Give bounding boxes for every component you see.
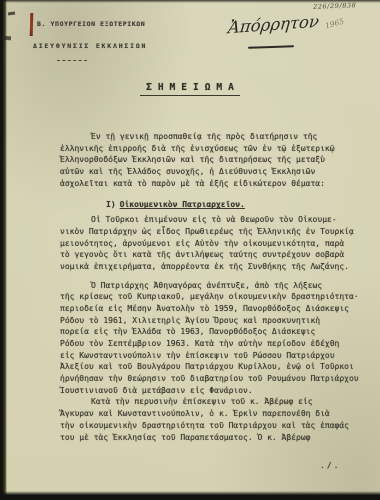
handwritten-secrecy-label: Ἀπόρρητον <box>227 12 320 38</box>
body-line: αὐτῶν καὶ τῆς Ἑλλάδος συνοχῆς, ἡ Διεύθυν… <box>60 166 372 178</box>
memo-title: ΣΗΜΕΙΩΜΑ <box>140 82 240 96</box>
body-line: Οἱ Τοῦρκοι ἐπιμένουν εἰς τὸ νὰ θεωροῦν τ… <box>60 214 372 226</box>
ministry-letterhead: Β. ΥΠΟΥΡΓΕΙΟΝ ΕΞΩΤΕΡΙΚΩΝ <box>37 20 145 28</box>
section-numeral: Ι) <box>106 200 116 209</box>
body-line: νικὸν Πατριάρχην ὡς εἶδος Πρωθιερέως τῆς… <box>60 226 372 238</box>
ink-speck <box>2 36 11 41</box>
paragraph: Οἱ Τοῦρκοι ἐπιμένουν εἰς τὸ νὰ θεωροῦν τ… <box>60 214 372 272</box>
body-line: τὸ γεγονὸς ὅτι κατὰ τῆς ἀντιλήψεως ταύτη… <box>60 249 372 261</box>
memo-body: Ἐν τῇ γενικῇ προσπαθείᾳ τῆς πρὸς διατήρη… <box>60 131 372 443</box>
body-line: πορεία εἰς τὴν Ἑλλάδα τὸ 1963, Πανορθόδο… <box>60 326 372 338</box>
body-line: Ἄγκυραν καὶ Κωνσταντινούπολιν, ὁ κ. Ἐρκὶ… <box>60 408 372 420</box>
paragraph: Ὁ Πατριάρχης Ἀθηναγόρας ἀνέπτυξε, ἀπὸ τῆ… <box>60 280 372 397</box>
body-line: μειονότητος, ἀρνούμενοι εἰς Αὐτὸν τὴν οἰ… <box>60 238 372 250</box>
secrecy-underline <box>248 45 294 49</box>
ink-speck <box>8 12 15 16</box>
red-pen-mark <box>30 13 33 36</box>
body-line: του μὲ τὰς Ἐκκλησίας τοῦ Παραπετάσματος.… <box>60 432 372 444</box>
handwritten-year: 1965 <box>324 17 345 31</box>
body-line: Κατὰ τὴν περυσινὴν ἐπίσκεψιν τοῦ κ. Ἀβέρ… <box>60 396 372 408</box>
letterhead-divider <box>57 60 87 61</box>
scan-edge-left <box>0 0 7 500</box>
body-line: Ἀλεξίου καὶ τοῦ Βουλγάρου Πατριάρχου Κυρ… <box>60 361 372 373</box>
paragraph: Κατὰ τὴν περυσινὴν ἐπίσκεψιν τοῦ κ. Ἀβέρ… <box>60 396 372 443</box>
body-line: ἑλληνικῆς ἐπιρροῆς διὰ τῆς ἐνισχύσεως τῶ… <box>60 143 372 155</box>
body-line: Ἰουστινιανοῦ διὰ μετάβασιν εἰς Φανάριον. <box>60 385 372 397</box>
body-line: Ἐν τῇ γενικῇ προσπαθείᾳ τῆς πρὸς διατήρη… <box>60 131 372 143</box>
body-line: Ὁ Πατριάρχης Ἀθηναγόρας ἀνέπτυξε, ἀπὸ τῆ… <box>60 280 372 292</box>
scan-edge-bottom <box>0 491 380 500</box>
body-line: Ἑλληνορθοδόξων Ἐκκλησιῶν καὶ τῆς διατηρή… <box>60 154 372 166</box>
body-line: τὴν οἰκουμενικὴν δραστηριότητα τοῦ Πατρι… <box>60 420 372 432</box>
section-title: Οἰκουμενικὸν Πατριαρχεῖον. <box>120 200 245 209</box>
body-line: τῆς κρίσεως τοῦ Κυπριακοῦ, μεγάλην οἰκου… <box>60 291 372 303</box>
scanned-memo-page: Β. ΥΠΟΥΡΓΕΙΟΝ ΕΞΩΤΕΡΙΚΩΝ ΔΙΕΥΘΥΝΣΙΣ ΕΚΚΛ… <box>0 0 380 500</box>
continuation-mark: ./. <box>320 461 340 470</box>
handwritten-file-number: 226/29/838 <box>313 1 357 11</box>
body-line: περιοδεία εἰς Μέσην Ἀνατολὴν τὸ 1959, Πα… <box>60 303 372 315</box>
body-line: Ρόδου τὸν Σεπτέμβριον 1963. Κατὰ τὴν αὐτ… <box>60 338 372 350</box>
body-line: Ρόδου τὸ 1961, Χιλιετηρὶς Ἁγίου Ὄρους κα… <box>60 315 372 327</box>
body-line: ἠρνήθησαν τὴν θεώρησιν τοῦ διαβατηρίου τ… <box>60 373 372 385</box>
body-line: ἀσχολεῖται κατὰ τὸ παρὸν μὲ τὰ ἑξῆς εἰδι… <box>60 178 372 190</box>
directorate-letterhead: ΔΙΕΥΘΥΝΣΙΣ ΕΚΚΛΗΣΙΩΝ <box>33 42 147 50</box>
body-line: εἰς Κωνσταντινούπολιν τὴν ἐπίσκεψιν τοῦ … <box>60 350 372 362</box>
paragraph: Ἐν τῇ γενικῇ προσπαθείᾳ τῆς πρὸς διατήρη… <box>60 131 372 189</box>
section-heading: Ι)Οἰκουμενικὸν Πατριαρχεῖον. <box>60 199 372 211</box>
body-line: νομικὰ ἐπιχειρήματα, ἀπορρέοντα ἐκ τῆς Σ… <box>60 261 372 273</box>
